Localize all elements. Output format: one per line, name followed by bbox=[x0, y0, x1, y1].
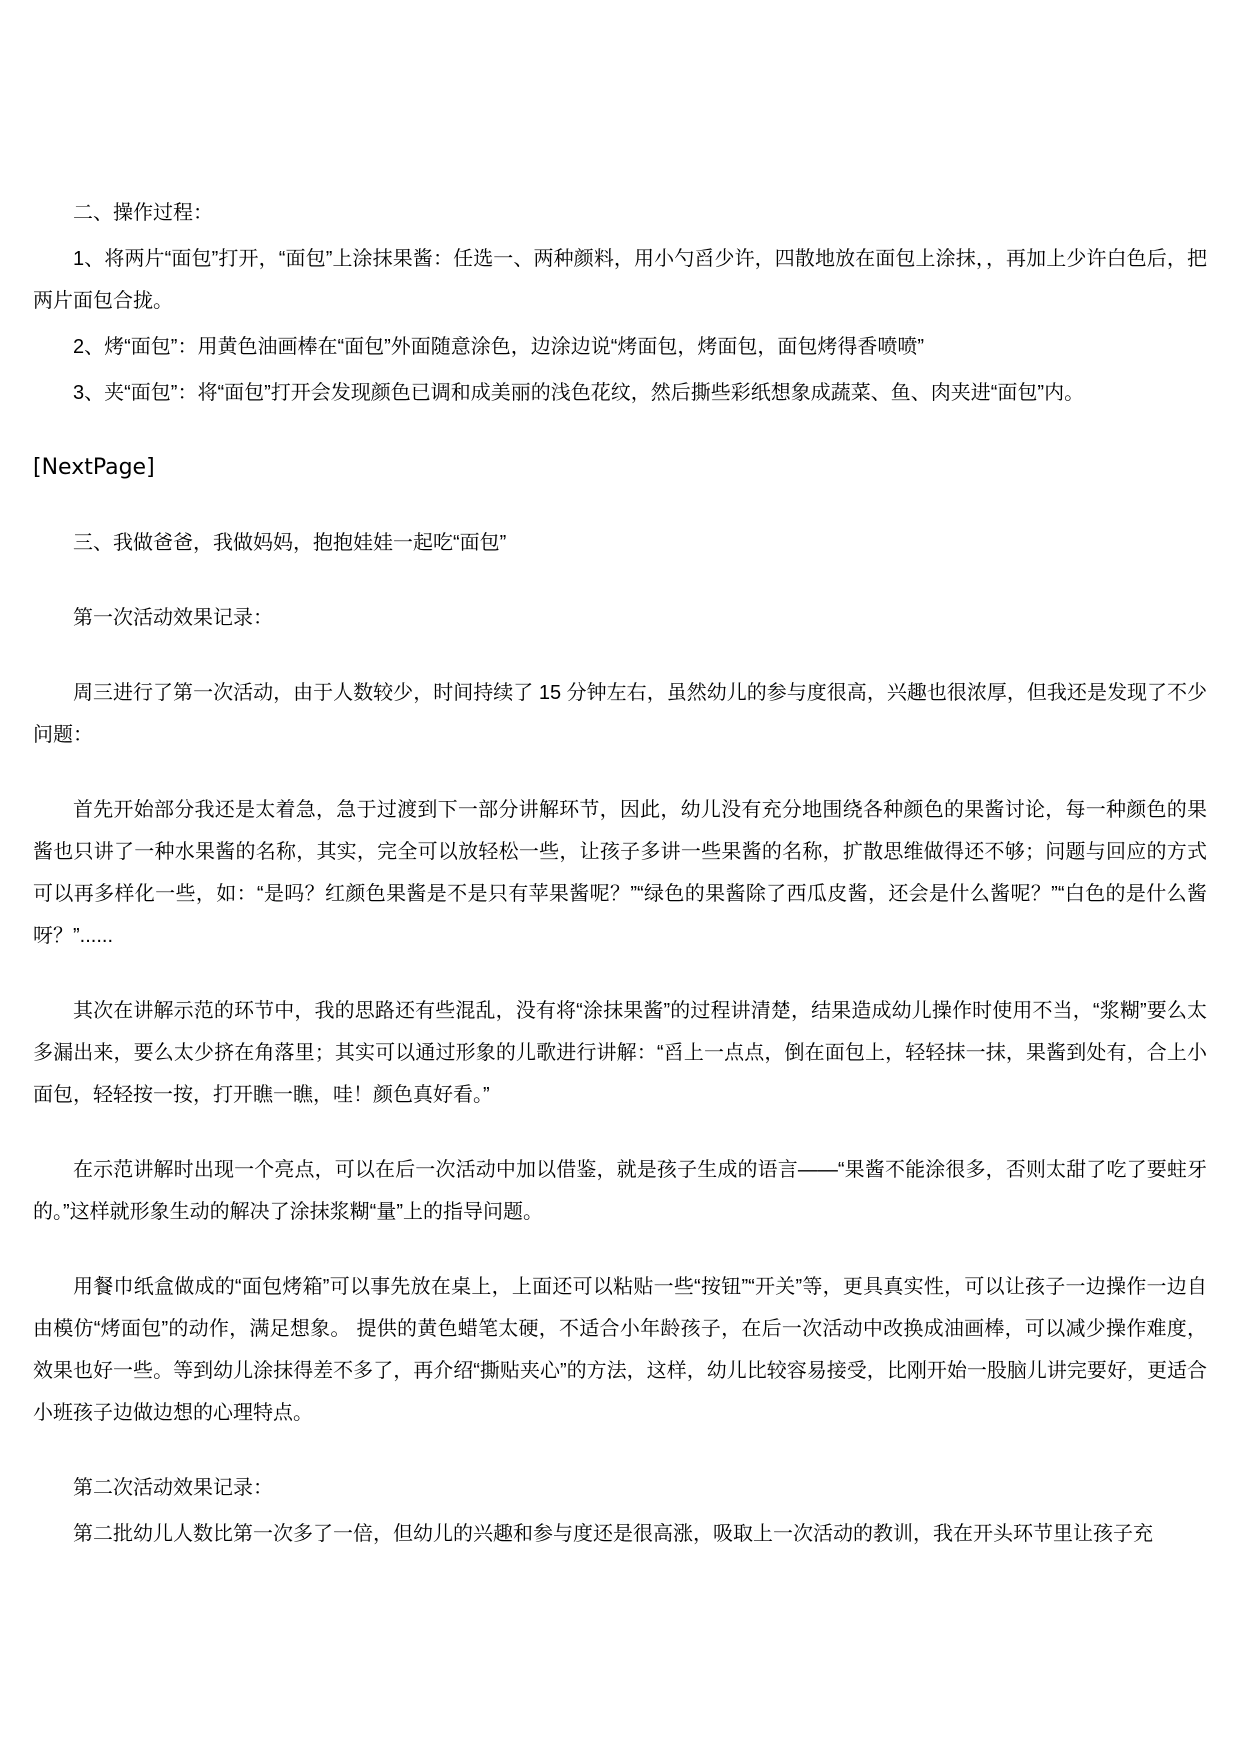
paragraph-second-activity-intro: 第二批幼儿人数比第一次多了一倍，但幼儿的兴趣和参与度还是很高涨，吸取上一次活动的… bbox=[33, 1513, 1207, 1555]
paragraph-first-activity-intro: 周三进行了第一次活动，由于人数较少，时间持续了 15 分钟左右，虽然幼儿的参与度… bbox=[33, 672, 1207, 756]
paragraph-materials-improvements: 用餐巾纸盒做成的“面包烤箱”可以事先放在桌上，上面还可以粘贴一些“按钮”“开关”… bbox=[33, 1266, 1207, 1434]
step-3: 3、夹“面包”：将“面包”打开会发现颜色已调和成美丽的浅色花纹，然后撕些彩纸想象… bbox=[33, 372, 1207, 414]
paragraph-issue-opening-rushed: 首先开始部分我还是太着急，急于过渡到下一部分讲解环节，因此，幼儿没有充分地围绕各… bbox=[33, 789, 1207, 957]
paragraph-highlight-child-language: 在示范讲解时出现一个亮点，可以在后一次活动中加以借鉴，就是孩子生成的语言——“果… bbox=[33, 1149, 1207, 1233]
step-2: 2、烤“面包”：用黄色油画棒在“面包”外面随意涂色，边涂边说“烤面包，烤面包，面… bbox=[33, 326, 1207, 368]
heading-second-activity-record: 第二次活动效果记录： bbox=[33, 1467, 1207, 1509]
step-1: 1、将两片“面包”打开，“面包”上涂抹果酱：任选一、两种颜料，用小勺舀少许，四散… bbox=[33, 238, 1207, 322]
heading-first-activity-record: 第一次活动效果记录： bbox=[33, 597, 1207, 639]
heading-section-three: 三、我做爸爸，我做妈妈，抱抱娃娃一起吃“面包” bbox=[33, 522, 1207, 564]
heading-operation-process: 二、操作过程： bbox=[33, 192, 1207, 234]
document-page: 二、操作过程： 1、将两片“面包”打开，“面包”上涂抹果酱：任选一、两种颜料，用… bbox=[0, 0, 1240, 1754]
nextpage-marker: [NextPage] bbox=[33, 447, 1207, 489]
paragraph-issue-demo-unclear: 其次在讲解示范的环节中，我的思路还有些混乱，没有将“涂抹果酱”的过程讲清楚，结果… bbox=[33, 990, 1207, 1116]
